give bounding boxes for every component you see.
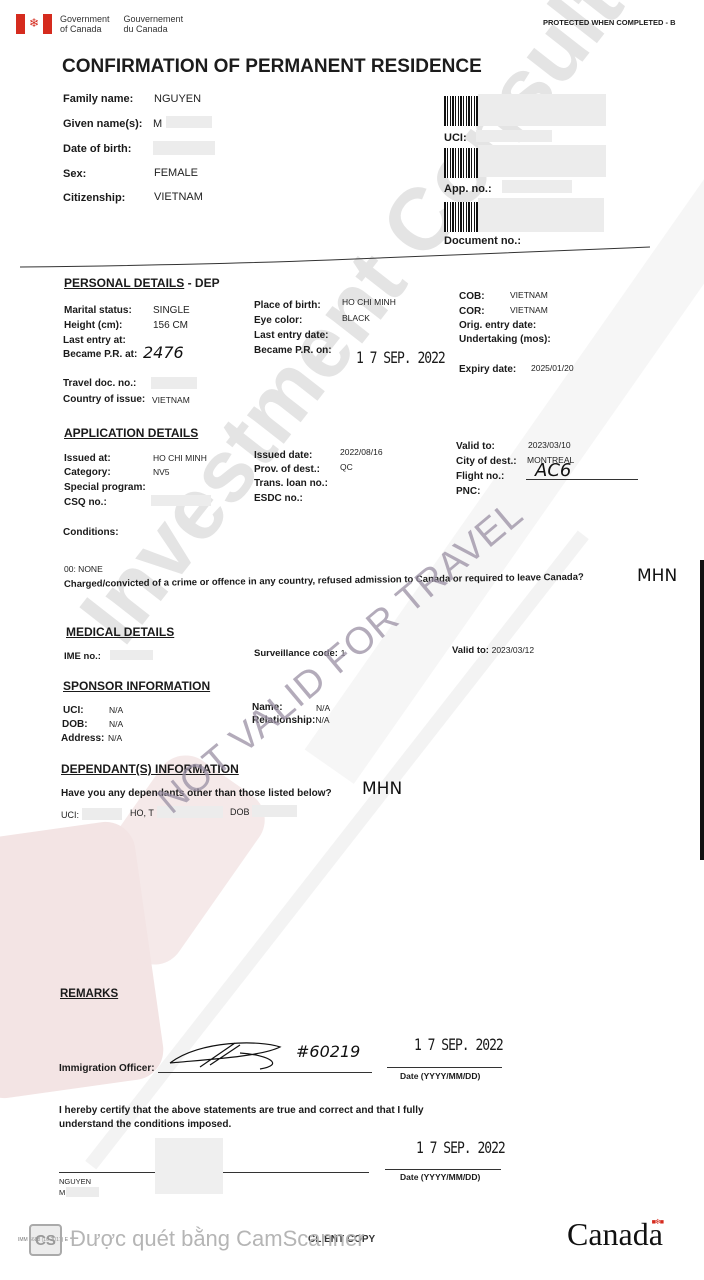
citizenship-label: Citizenship: — [63, 192, 125, 204]
last-entry-at-label: Last entry at: — [63, 335, 126, 346]
became-pr-at-handwritten: 2476 — [143, 343, 184, 362]
became-pr-on-label: Became P.R. on: — [254, 345, 332, 356]
flight-underline — [526, 479, 638, 480]
holder-date-label: Date (YYYY/MM/DD) — [400, 1172, 480, 1182]
officer-signature — [160, 1035, 300, 1075]
expiry-value: 2025/01/20 — [531, 363, 574, 373]
marital-value: SINGLE — [153, 305, 190, 316]
holder-given-name: M — [59, 1188, 65, 1197]
wordmark-flag-icon: ■❄■ — [652, 1218, 663, 1226]
camscanner-icon: CS — [35, 1232, 56, 1249]
citizenship-value: VIETNAM — [154, 191, 203, 203]
gov-en-line1: Government — [60, 14, 110, 24]
esdc-label: ESDC no.: — [254, 493, 303, 504]
holder-date-line — [385, 1169, 501, 1170]
app-no-label: App. no.: — [444, 183, 492, 195]
travel-doc-label: Travel doc. no.: — [63, 378, 136, 389]
redacted-ime — [110, 650, 153, 660]
gov-fr-line2: du Canada — [124, 24, 184, 34]
dependants-answer-handwritten: MHN — [362, 779, 402, 799]
sponsor-dob-label: DOB: — [62, 719, 88, 730]
flight-handwritten: AC6 — [535, 460, 571, 481]
family-name-value: NGUYEN — [154, 93, 201, 105]
application-details-heading: APPLICATION DETAILS — [64, 426, 198, 440]
last-entry-date-label: Last entry date: — [254, 330, 328, 341]
officer-date-label: Date (YYYY/MM/DD) — [400, 1071, 480, 1081]
marital-label: Marital status: — [64, 305, 132, 316]
page-title: CONFIRMATION OF PERMANENT RESIDENCE — [62, 56, 482, 78]
redacted-travel-doc — [151, 377, 197, 389]
dependant-uci-label: UCI: — [61, 810, 79, 820]
certify-statement: I hereby certify that the above statemen… — [59, 1104, 449, 1132]
eye-label: Eye color: — [254, 315, 302, 326]
prov-dest-value: QC — [340, 462, 353, 472]
camscanner-text: Được quét bằng CamScanner — [70, 1226, 365, 1252]
scan-edge — [700, 560, 704, 860]
pob-value: HO CHI MINH — [342, 297, 396, 307]
cor-value: VIETNAM — [510, 305, 548, 315]
charged-answer-handwritten: MHN — [637, 566, 677, 586]
cob-value: VIETNAM — [510, 290, 548, 300]
dependant-name: HO, T — [130, 808, 154, 818]
orig-entry-label: Orig. entry date: — [459, 320, 536, 331]
condition-item: 00: NONE — [64, 564, 103, 574]
dob-label: Date of birth: — [63, 143, 131, 155]
ime-label: IME no.: — [64, 651, 101, 662]
uci-label: UCI: — [444, 132, 467, 144]
issued-date-label: Issued date: — [254, 450, 312, 461]
officer-date-line — [387, 1067, 502, 1068]
special-program-label: Special program: — [64, 482, 146, 493]
pob-label: Place of birth: — [254, 300, 321, 311]
sponsor-dob-value: N/A — [109, 719, 123, 729]
gov-fr-line1: Gouvernement — [124, 14, 184, 24]
issued-at-value: HO CHI MINH — [153, 453, 207, 463]
officer-date-stamp: 1 7 SEP. 2022 — [414, 1036, 503, 1055]
category-value: NV5 — [153, 467, 170, 477]
category-label: Category: — [64, 467, 111, 478]
sponsor-uci-label: UCI: — [63, 705, 84, 716]
redacted-dependant-uci — [82, 808, 122, 820]
app-no-barcode — [444, 148, 478, 178]
sponsor-address-value: N/A — [108, 733, 122, 743]
country-issue-label: Country of issue: — [63, 394, 145, 405]
city-dest-label: City of dest.: — [456, 456, 517, 467]
redacted-uci — [476, 130, 552, 142]
flight-label: Flight no.: — [456, 471, 504, 482]
camscanner-badge: CS — [29, 1224, 62, 1256]
cor-label: COR: — [459, 306, 485, 317]
issued-date-value: 2022/08/16 — [340, 447, 383, 457]
officer-label: Immigration Officer: — [59, 1063, 155, 1074]
redacted-dependant-dob — [252, 805, 297, 817]
redacted-csq — [151, 495, 211, 506]
valid-to-value: 2023/03/10 — [528, 440, 571, 450]
height-label: Height (cm): — [64, 320, 122, 331]
uci-barcode — [444, 96, 478, 126]
eye-value: BLACK — [342, 313, 370, 323]
canada-flag-icon: ❄ — [16, 14, 52, 34]
given-names-value: M — [153, 118, 162, 130]
document-no-barcode — [444, 202, 478, 232]
redacted-dob — [153, 141, 215, 155]
header-divider — [0, 240, 704, 270]
sex-value: FEMALE — [154, 167, 198, 179]
sponsor-address-label: Address: — [61, 733, 104, 744]
conditions-label: Conditions: — [63, 527, 119, 538]
canada-wordmark: Canada ■❄■ — [567, 1216, 663, 1253]
pnc-label: PNC: — [456, 486, 480, 497]
medical-details-heading: MEDICAL DETAILS — [66, 625, 174, 639]
remarks-heading: REMARKS — [60, 988, 118, 1000]
redacted-holder-signature — [155, 1138, 223, 1194]
redacted-barcode — [478, 145, 606, 177]
undertaking-label: Undertaking (mos): — [459, 334, 551, 345]
sponsor-uci-value: N/A — [109, 705, 123, 715]
protected-notice: PROTECTED WHEN COMPLETED - B — [543, 18, 676, 27]
redacted-barcode — [478, 94, 606, 126]
trans-loan-label: Trans. loan no.: — [254, 478, 328, 489]
country-issue-value: VIETNAM — [152, 395, 190, 405]
prov-dest-label: Prov. of dest.: — [254, 464, 320, 475]
medical-valid-to-field: Valid to: 2023/03/12 — [452, 645, 534, 656]
height-value: 156 CM — [153, 320, 188, 331]
expiry-label: Expiry date: — [459, 364, 516, 375]
valid-to-label: Valid to: — [456, 441, 495, 452]
redacted-barcode — [478, 198, 604, 232]
holder-date-stamp: 1 7 SEP. 2022 — [416, 1139, 505, 1158]
sex-label: Sex: — [63, 168, 86, 180]
gov-canada-signature: ❄ Government of Canada Gouvernement du C… — [16, 14, 183, 34]
family-name-label: Family name: — [63, 93, 133, 105]
issued-at-label: Issued at: — [64, 453, 111, 464]
became-pr-on-stamp: 1 7 SEP. 2022 — [356, 349, 445, 368]
gov-en-line2: of Canada — [60, 24, 110, 34]
holder-family-name: NGUYEN — [59, 1177, 91, 1186]
csq-label: CSQ no.: — [64, 497, 107, 508]
sponsor-info-heading: SPONSOR INFORMATION — [63, 679, 210, 693]
redacted-holder-given — [66, 1187, 99, 1197]
personal-details-heading: PERSONAL DETAILS - DEP — [64, 276, 220, 290]
became-pr-at-label: Became P.R. at: — [63, 349, 137, 360]
dependant-dob-label: DOB — [230, 807, 250, 817]
redacted-app-no — [502, 180, 572, 193]
officer-badge-number: #60219 — [296, 1042, 360, 1061]
cob-label: COB: — [459, 291, 485, 302]
redacted-given-names — [166, 116, 212, 128]
given-names-label: Given name(s): — [63, 118, 142, 130]
